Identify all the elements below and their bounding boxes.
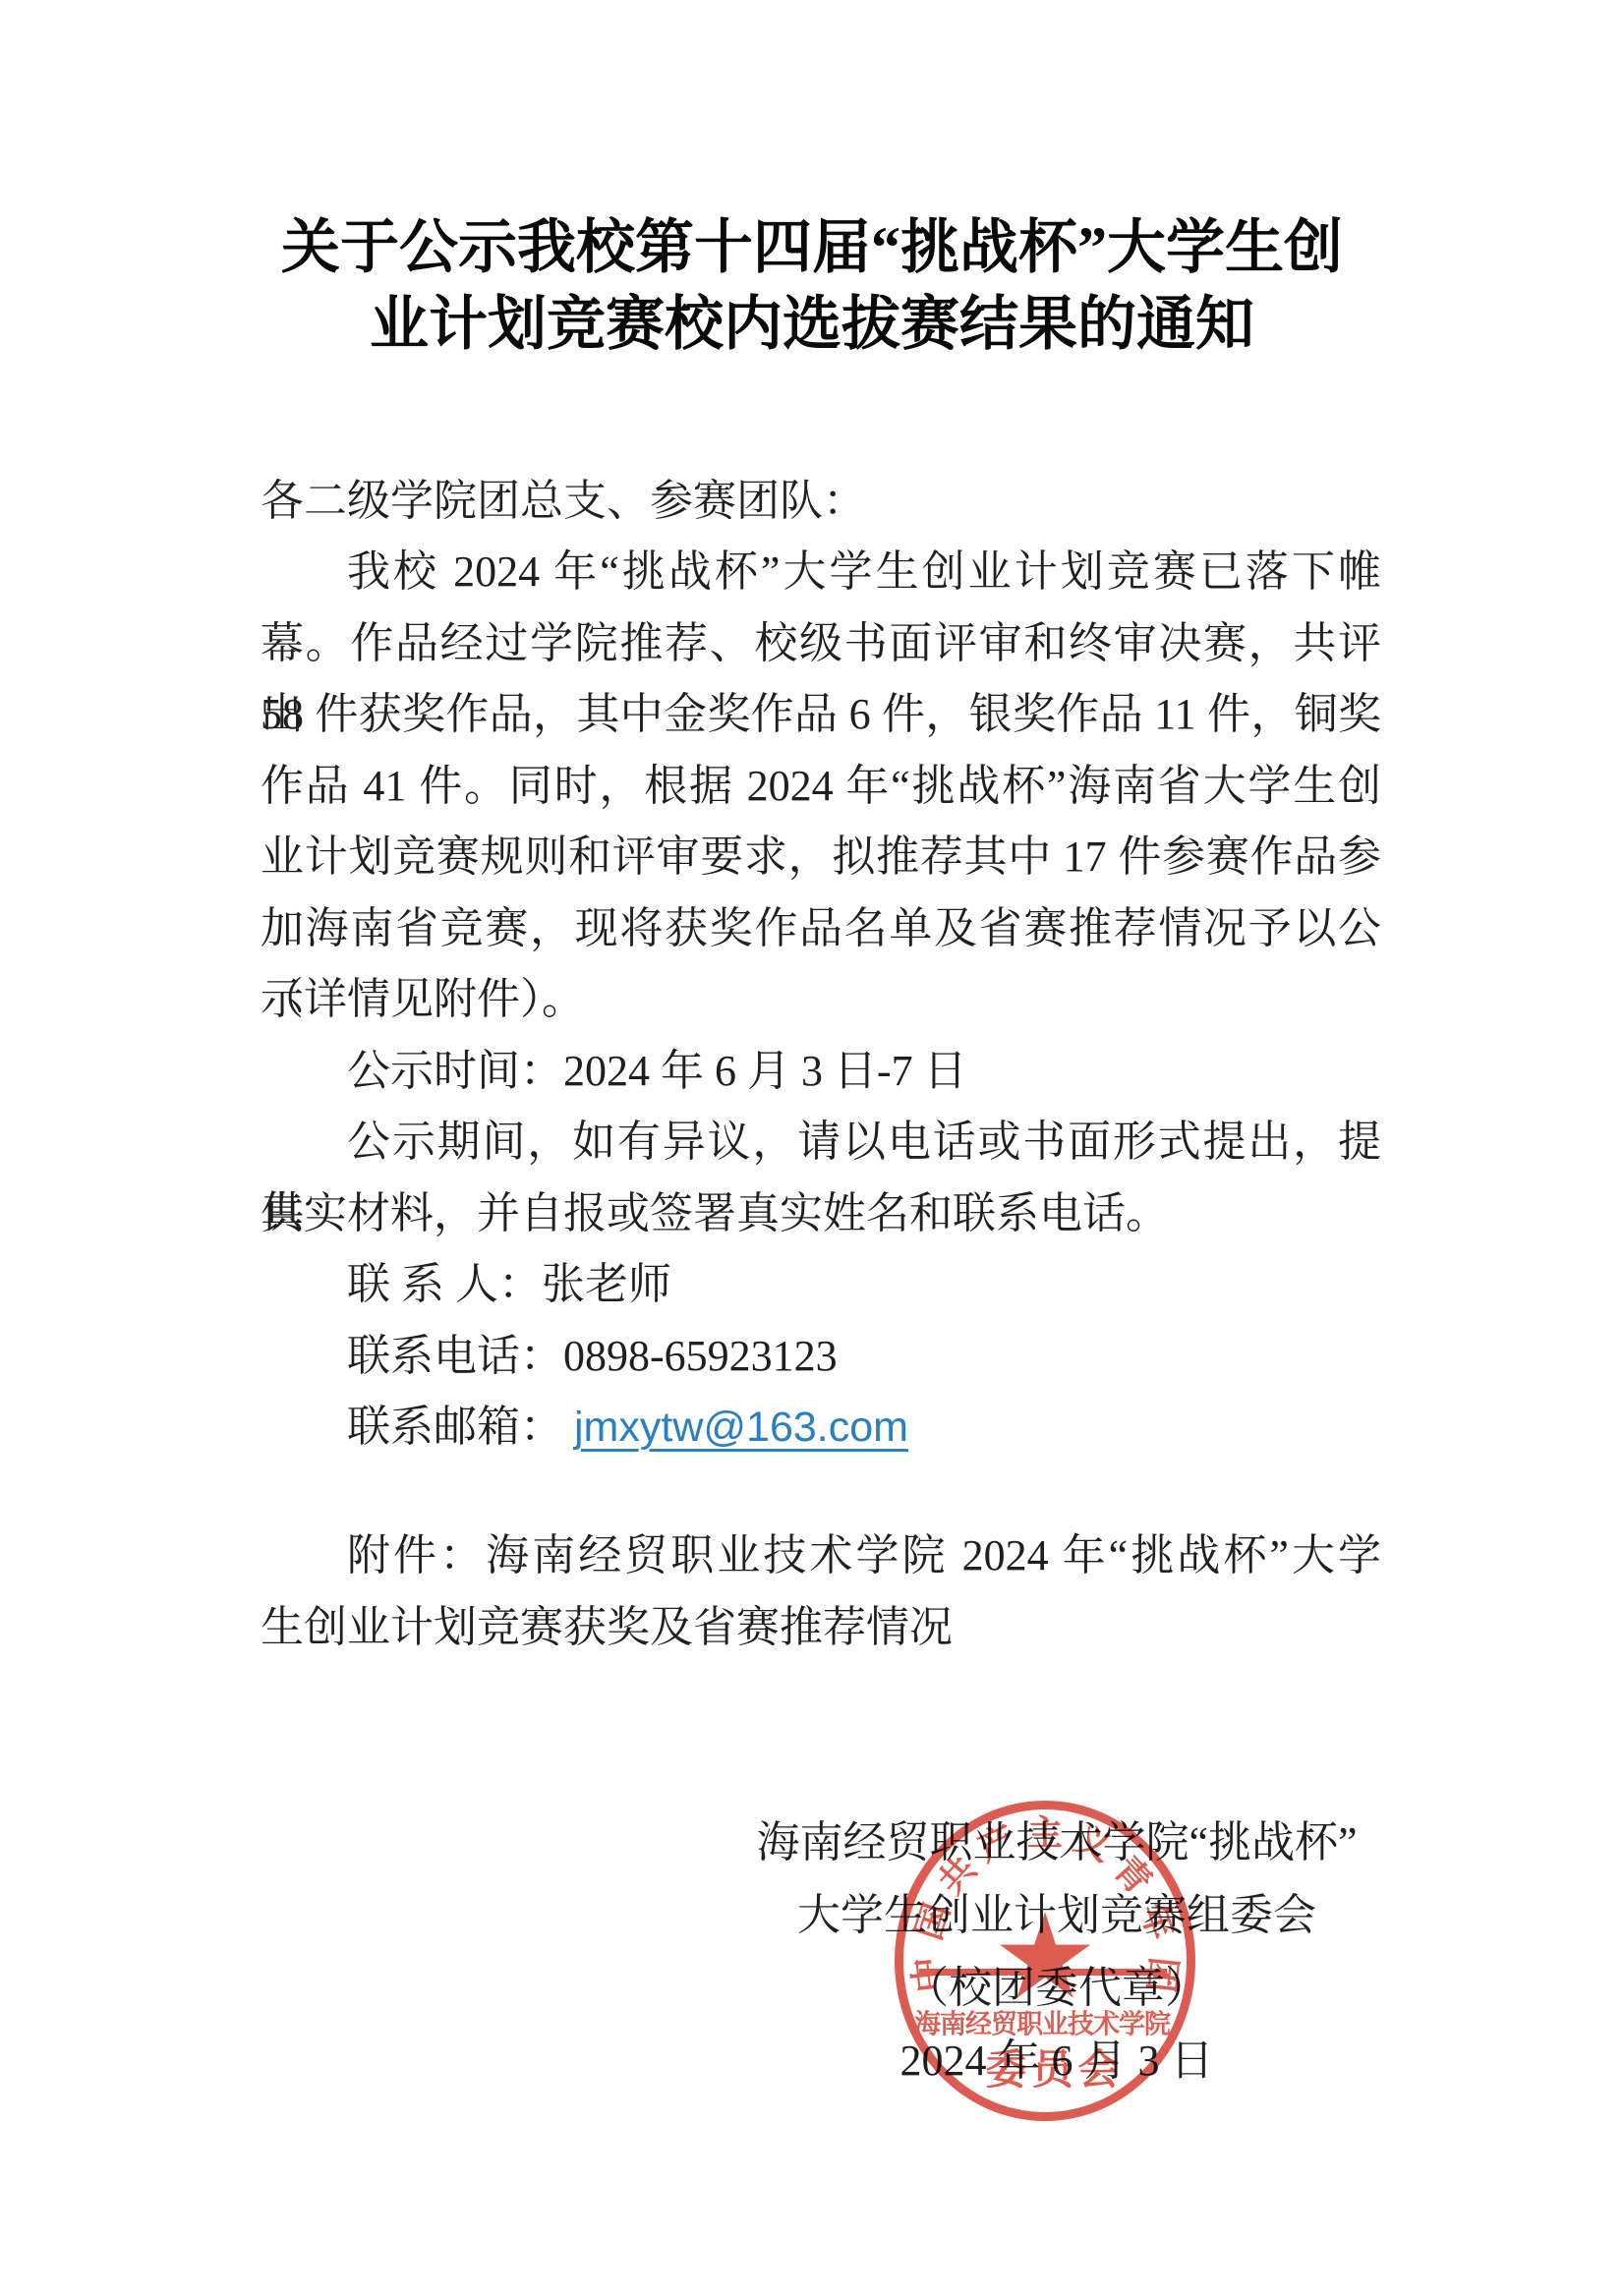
notice-title-line-1: 关于公示我校第十四届“挑战杯”大学生创: [0, 208, 1624, 287]
signature-org-line-1: 海南经贸职业技术学院“挑战杯”: [487, 1807, 1624, 1879]
publicity-time-line: 公示时间：2024 年 6 月 3 日-7 日: [347, 1036, 1381, 1107]
body-line: 真实材料，并自报或签署真实姓名和联系电话。: [261, 1178, 1381, 1249]
body-line: （详情见附件）。: [261, 964, 1381, 1035]
document-page: 关于公示我校第十四届“挑战杯”大学生创 业计划竞赛校内选拔赛结果的通知 各二级学…: [0, 0, 1624, 2296]
signature-org-line-2: 大学生创业计划竞赛组委会: [487, 1879, 1624, 1952]
signature-proxy-note: （校团委代章）: [487, 1952, 1624, 2025]
body-line: 我校 2024 年“挑战杯”大学生创业计划竞赛已落下帷: [261, 537, 1381, 607]
salutation: 各二级学院团总支、参赛团队：: [261, 466, 1381, 537]
contact-person-line: 联 系 人：张老师: [347, 1249, 1381, 1320]
notice-title-line-2: 业计划竞赛校内选拔赛结果的通知: [0, 285, 1624, 364]
contact-phone-line: 联系电话：0898-65923123: [347, 1321, 1381, 1392]
contact-email-line: 联系邮箱： jmxytw@163.com: [347, 1392, 1381, 1463]
body-line: 幕。作品经过学院推荐、校级书面评审和终审决赛，共评出: [261, 608, 1381, 679]
body-line: 加海南省竞赛，现将获奖作品名单及省赛推荐情况予以公示: [261, 893, 1381, 964]
attachment-line-1: 附件：海南经贸职业技术学院 2024 年“挑战杯”大学: [261, 1521, 1381, 1591]
signature-date: 2024 年 6 月 3 日: [487, 2025, 1624, 2097]
contact-email-label: 联系邮箱：: [347, 1403, 563, 1451]
body-line: 公示期间，如有异议，请以电话或书面形式提出，提供: [261, 1107, 1381, 1177]
body-line: 作品 41 件。同时，根据 2024 年“挑战杯”海南省大学生创: [261, 751, 1381, 822]
body-line: 58 件获奖作品，其中金奖作品 6 件，银奖作品 11 件，铜奖: [261, 679, 1381, 750]
body-line: 业计划竞赛规则和评审要求，拟推荐其中 17 件参赛作品参: [261, 822, 1381, 892]
contact-email-link[interactable]: jmxytw@163.com: [574, 1404, 908, 1451]
attachment-line-2: 生创业计划竞赛获奖及省赛推荐情况: [261, 1592, 1381, 1663]
